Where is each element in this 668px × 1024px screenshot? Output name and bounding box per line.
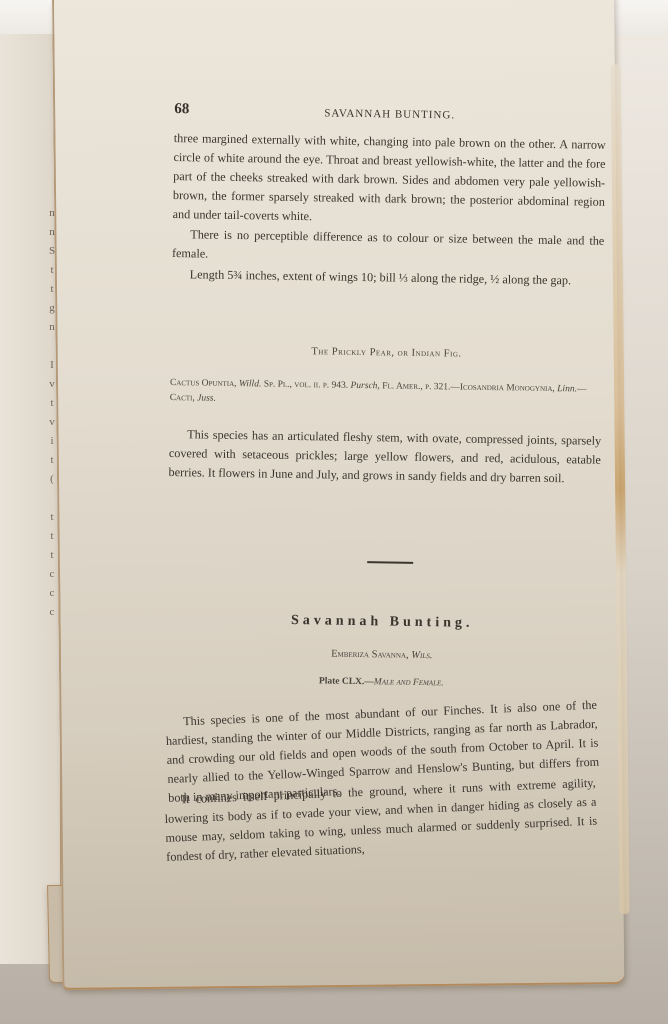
synonymy-text: Sp. Pl., vol. ii. p. 943. <box>261 379 350 390</box>
latin-name-text: Emberiza Savanna, <box>331 649 411 661</box>
edge-letter: c <box>46 584 58 603</box>
synonymy-authority: Juss. <box>197 393 216 403</box>
edge-letter: c <box>46 565 58 584</box>
latin-authority: Wils. <box>411 650 432 661</box>
page-number: 68 <box>174 101 189 118</box>
synonymy-text: Fl. Amer., p. 321.—Icosandria Monogynia, <box>380 381 558 394</box>
plant-description-paragraph: This species has an articulated fleshy s… <box>168 425 601 489</box>
torn-page-edge <box>611 64 630 914</box>
synonymy-authority: Linn. <box>557 384 577 394</box>
synonymy-text: Cactus Opuntia, <box>170 378 239 389</box>
plate-number: Plate CLX.— <box>319 676 374 687</box>
description-paragraph: three margined externally with white, ch… <box>172 129 605 231</box>
edge-letter: c <box>46 603 58 622</box>
running-title: Savannah Bunting. <box>324 107 455 121</box>
plate-subject: Male and Female. <box>374 677 444 688</box>
synonymy-authority: Willd. <box>239 379 262 389</box>
underlying-page-left: n n S t t g n I v t v i t ( t t t c c c <box>0 34 61 964</box>
edge-letter: t <box>46 527 58 546</box>
sex-difference-paragraph: There is no perceptible difference as to… <box>172 225 605 270</box>
edge-letter: t <box>46 508 58 527</box>
synonymy-authority: Pursch, <box>350 381 379 391</box>
edge-letter: t <box>46 546 58 565</box>
